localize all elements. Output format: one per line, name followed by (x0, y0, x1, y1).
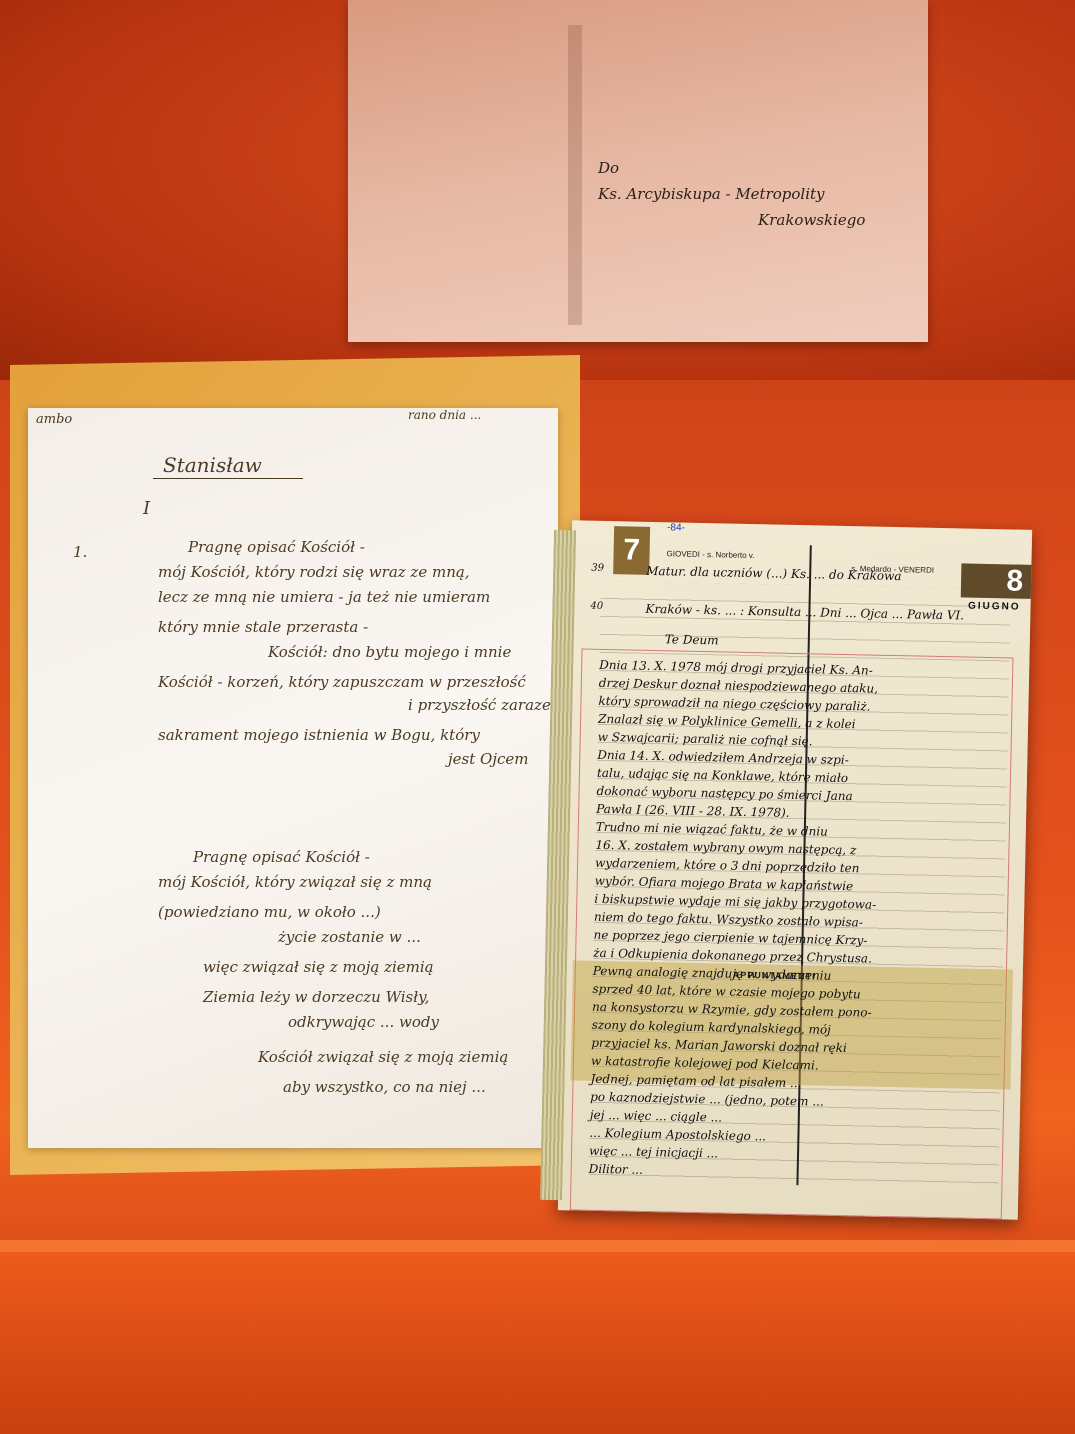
left-day-header: GIOVEDI - s. Norberto v. (667, 549, 755, 560)
manuscript-line: (powiedziano mu, w około ...) (158, 903, 381, 921)
manuscript-line: mój Kościół, który związał się z mną (158, 873, 432, 891)
manuscript-line: Kościół: dno bytu mojego i mnie (268, 643, 511, 661)
item-number: 1. (73, 543, 87, 561)
header-entry: Te Deum (665, 632, 719, 647)
envelope-address: Do Ks. Arcybiskupa - Metropolity Krakows… (598, 155, 898, 233)
address-line: Do (598, 155, 898, 181)
title-underline (153, 478, 303, 479)
envelope: Do Ks. Arcybiskupa - Metropolity Krakows… (348, 0, 928, 342)
manuscript-line: Kościół związał się z moją ziemią (258, 1048, 508, 1066)
diary-body: Dnia 13. X. 1978 mój drogi przyjaciel Ks… (589, 656, 1000, 1186)
month-label: GIUGNO (968, 601, 1021, 613)
section-numeral: I (143, 498, 150, 519)
manuscript-line: jest Ojcem (448, 750, 528, 768)
manuscript-line: lecz ze mną nie umiera - ja też nie umie… (158, 588, 490, 606)
manuscript-line: odkrywając ... wody (288, 1013, 439, 1031)
day-number-right: 8 (961, 563, 1032, 598)
manuscript-line: aby wszystko, co na niej ... (283, 1078, 486, 1096)
corner-note-right: rano dnia ... (408, 408, 481, 422)
manuscript-line: Ziemia leży w dorzeczu Wisły, (203, 988, 429, 1006)
margin-number: 40 (590, 601, 603, 612)
address-line: Krakowskiego (598, 207, 898, 233)
manuscript-line: Kościół - korzeń, który zapuszczam w prz… (158, 673, 526, 691)
diary-notebook: 7 -84- GIOVEDI - s. Norberto v. s. Medar… (558, 520, 1032, 1219)
shelf-edge (0, 1240, 1075, 1252)
manuscript-sheet: ambo rano dnia ... Stanisław I 1. Pragnę… (28, 408, 558, 1148)
page-number: -84- (667, 522, 685, 533)
corner-note-left: ambo (36, 412, 72, 427)
manuscript-line: Pragnę opisać Kościół - (188, 538, 365, 556)
manuscript-line: który mnie stale przerasta - (158, 618, 368, 636)
manuscript-line: sakrament mojego istnienia w Bogu, który (158, 726, 480, 744)
margin-number: 39 (591, 563, 604, 574)
shelf-front (0, 1252, 1075, 1434)
manuscript-line: i przyszłość zarazem (408, 696, 565, 714)
manuscript-line: Pragnę opisać Kościół - (193, 848, 370, 866)
address-line: Ks. Arcybiskupa - Metropolity (598, 181, 898, 207)
day-number-left: 7 (613, 526, 650, 575)
manuscript-line: więc związał się z moją ziemią (203, 958, 434, 976)
manuscript-line: mój Kościół, który rodzi się wraz ze mną… (158, 563, 470, 581)
tape-strip (568, 25, 582, 325)
manuscript-title: Stanisław (163, 453, 262, 477)
manuscript-line: życie zostanie w ... (278, 928, 421, 946)
